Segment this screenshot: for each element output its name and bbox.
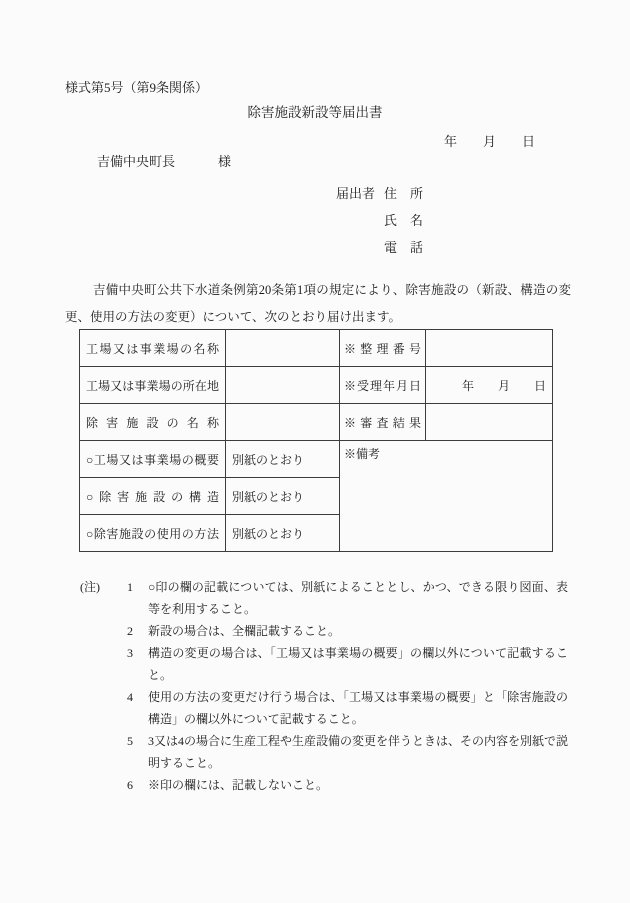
factory-name-label: 工場又は事業場の名称: [80, 330, 226, 367]
note-number: 6: [127, 774, 148, 796]
submitter-name-row: 氏 名: [336, 206, 423, 233]
document-title: 除害施設新設等届出書: [0, 105, 630, 120]
notes-list: 1 ○印の欄の記載については、別紙によることとし、かつ、できる限り図面、表等を利…: [127, 576, 568, 796]
facility-usage-label: ○除害施設の使用の方法: [80, 515, 226, 552]
submitter-field-phone: 電 話: [384, 237, 423, 256]
form-number: 様式第5号（第9条関係）: [65, 80, 208, 95]
note-text: 使用の方法の変更だけ行う場合は、「工場又は事業場の概要」と「除害施設の構造」の欄…: [148, 686, 568, 730]
submitter-field-address: 住 所: [384, 183, 423, 202]
addressee-line: 吉備中央町長様: [97, 154, 231, 169]
reference-number-label: ※整理番号: [340, 330, 426, 367]
factory-outline-value-cell: 別紙のとおり: [226, 441, 340, 478]
note-item-4: 4 使用の方法の変更だけ行う場合は、「工場又は事業場の概要」と「除害施設の構造」…: [127, 686, 568, 730]
facility-structure-label: ○除害施設の構造: [80, 478, 226, 515]
notes-heading: (注): [80, 576, 100, 598]
table-row-facility-name: 除害施設の名称 ※審査結果: [80, 404, 553, 441]
table-row-factory-outline: ○工場又は事業場の概要 別紙のとおり ※備考: [80, 441, 553, 478]
acceptance-date-value-cell: 年 月 日: [426, 367, 553, 404]
document-page: 様式第5号（第9条関係） 除害施設新設等届出書 年 月 日 吉備中央町長様 届出…: [0, 0, 630, 903]
review-result-label: ※審査結果: [340, 404, 426, 441]
addressee-honorific: 様: [218, 154, 231, 169]
submitter-label: 届出者: [336, 183, 384, 202]
submitter-phone-row: 電 話: [336, 233, 423, 260]
note-number: 1: [127, 576, 148, 620]
factory-location-value-cell: [226, 367, 340, 404]
submitter-block: 届出者 住 所 氏 名 電 話: [336, 179, 423, 260]
note-number: 4: [127, 686, 148, 730]
note-text: ○印の欄の記載については、別紙によることとし、かつ、できる限り図面、表等を利用す…: [148, 576, 568, 620]
date-line: 年 月 日: [444, 134, 535, 149]
table-row-factory-location: 工場又は事業場の所在地 ※受理年月日 年 月 日: [80, 367, 553, 404]
facility-name-value-cell: [226, 404, 340, 441]
note-item-1: 1 ○印の欄の記載については、別紙によることとし、かつ、できる限り図面、表等を利…: [127, 576, 568, 620]
submitter-address-row: 届出者 住 所: [336, 179, 423, 206]
note-item-5: 5 3又は4の場合に生産工程や生産設備の変更を伴うときは、その内容を別紙で説明す…: [127, 730, 568, 774]
note-number: 2: [127, 620, 148, 642]
note-number: 3: [127, 642, 148, 686]
note-item-3: 3 構造の変更の場合は、「工場又は事業場の概要」の欄以外について記載すること。: [127, 642, 568, 686]
facility-usage-value-cell: 別紙のとおり: [226, 515, 340, 552]
review-result-value-cell: [426, 404, 553, 441]
note-item-6: 6 ※印の欄には、記載しないこと。: [127, 774, 568, 796]
acceptance-date-label: ※受理年月日: [340, 367, 426, 404]
note-number: 5: [127, 730, 148, 774]
facility-name-label: 除害施設の名称: [80, 404, 226, 441]
factory-name-value-cell: [226, 330, 340, 367]
factory-location-label: 工場又は事業場の所在地: [80, 367, 226, 404]
facility-structure-value-cell: 別紙のとおり: [226, 478, 340, 515]
reference-number-value-cell: [426, 330, 553, 367]
table-row-factory-name: 工場又は事業場の名称 ※整理番号: [80, 330, 553, 367]
note-text: ※印の欄には、記載しないこと。: [148, 774, 568, 796]
intro-paragraph: 吉備中央町公共下水道条例第20条第1項の規定により、除害施設の（新設、構造の変更…: [65, 277, 571, 331]
note-item-2: 2 新設の場合は、全欄記載すること。: [127, 620, 568, 642]
application-table: 工場又は事業場の名称 ※整理番号 工場又は事業場の所在地 ※受理年月日 年 月 …: [79, 329, 553, 552]
factory-outline-label: ○工場又は事業場の概要: [80, 441, 226, 478]
note-text: 3又は4の場合に生産工程や生産設備の変更を伴うときは、その内容を別紙で説明するこ…: [148, 730, 568, 774]
note-text: 構造の変更の場合は、「工場又は事業場の概要」の欄以外について記載すること。: [148, 642, 568, 686]
addressee-name: 吉備中央町長: [97, 154, 175, 169]
note-text: 新設の場合は、全欄記載すること。: [148, 620, 568, 642]
submitter-field-name: 氏 名: [384, 210, 423, 229]
notes-section: (注) 1 ○印の欄の記載については、別紙によることとし、かつ、できる限り図面、…: [80, 576, 568, 796]
remarks-cell: ※備考: [340, 441, 553, 552]
